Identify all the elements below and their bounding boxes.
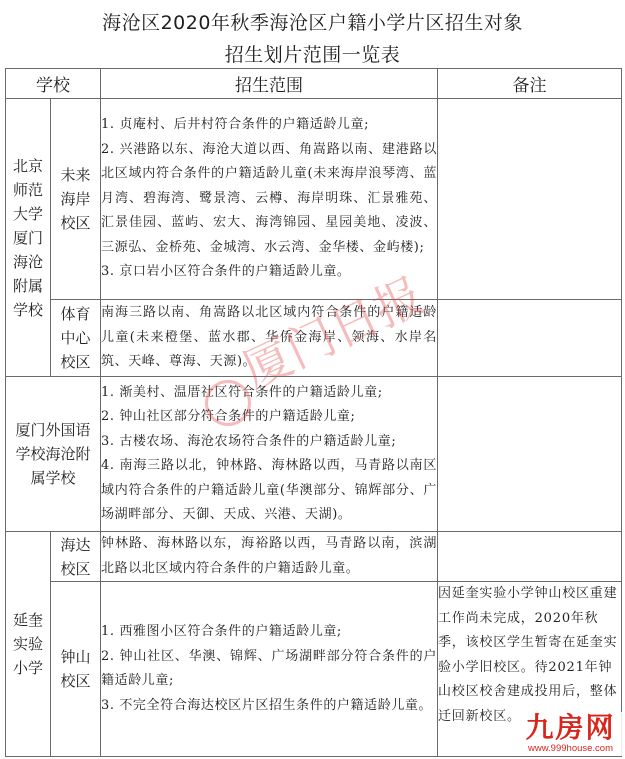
campus-name: 未来海岸校区 <box>51 99 101 300</box>
school-name: 延奎实验小学 <box>6 532 51 757</box>
campus-name: 海达校区 <box>51 532 101 582</box>
note-cell <box>438 99 622 300</box>
document-title-line2: 招生划片范围一览表 <box>0 40 625 67</box>
enrollment-zone-table: 学校 招生范围 备注 北京师范大学厦门海沧附属学校 未来海岸校区 1. 贞庵村、… <box>5 68 622 757</box>
scope-cell: 1. 渐美村、温厝社区符合条件的户籍适龄儿童; 2. 钟山社区部分符合条件的户籍… <box>101 377 438 532</box>
note-cell <box>438 377 622 532</box>
table-row: 厦门外国语学校海沧附属学校 1. 渐美村、温厝社区符合条件的户籍适龄儿童; 2.… <box>6 377 622 532</box>
table-row: 北京师范大学厦门海沧附属学校 未来海岸校区 1. 贞庵村、后井村符合条件的户籍适… <box>6 99 622 300</box>
scope-cell: 1. 贞庵村、后井村符合条件的户籍适龄儿童; 2. 兴港路以东、海沧大道以西、角… <box>101 99 438 300</box>
note-cell: 因延奎实验小学钟山校区重建工作尚未完成，2020年秋季，该校区学生暂寄在延奎实验… <box>438 582 622 757</box>
table-row: 体育中心校区 南海三路以南、角嵩路以北区域内符合条件的户籍适龄儿童(未来橙堡、蓝… <box>6 300 622 377</box>
scope-cell: 1. 西雅图小区符合条件的户籍适龄儿童; 2. 钟山社区、华澳、锦辉、广场湖畔部… <box>101 582 438 757</box>
campus-name: 体育中心校区 <box>51 300 101 377</box>
header-school: 学校 <box>6 69 101 99</box>
table-row: 钟山校区 1. 西雅图小区符合条件的户籍适龄儿童; 2. 钟山社区、华澳、锦辉、… <box>6 582 622 757</box>
header-note: 备注 <box>438 69 622 99</box>
note-cell <box>438 532 622 582</box>
scope-cell: 钟林路、海林路以东，海裕路以西，马青路以南，滨湖北路以北区域内符合条件的户籍适龄… <box>101 532 438 582</box>
header-scope: 招生范围 <box>101 69 438 99</box>
note-cell <box>438 300 622 377</box>
scope-cell: 南海三路以南、角嵩路以北区域内符合条件的户籍适龄儿童(未来橙堡、蓝水郡、华侨金海… <box>101 300 438 377</box>
school-name: 北京师范大学厦门海沧附属学校 <box>6 99 51 377</box>
document-title-line1: 海沧区2020年秋季海沧区户籍小学片区招生对象 <box>0 8 625 35</box>
school-name: 厦门外国语学校海沧附属学校 <box>6 377 101 532</box>
table-header-row: 学校 招生范围 备注 <box>6 69 622 99</box>
campus-name: 钟山校区 <box>51 582 101 757</box>
table-row: 延奎实验小学 海达校区 钟林路、海林路以东，海裕路以西，马青路以南，滨湖北路以北… <box>6 532 622 582</box>
